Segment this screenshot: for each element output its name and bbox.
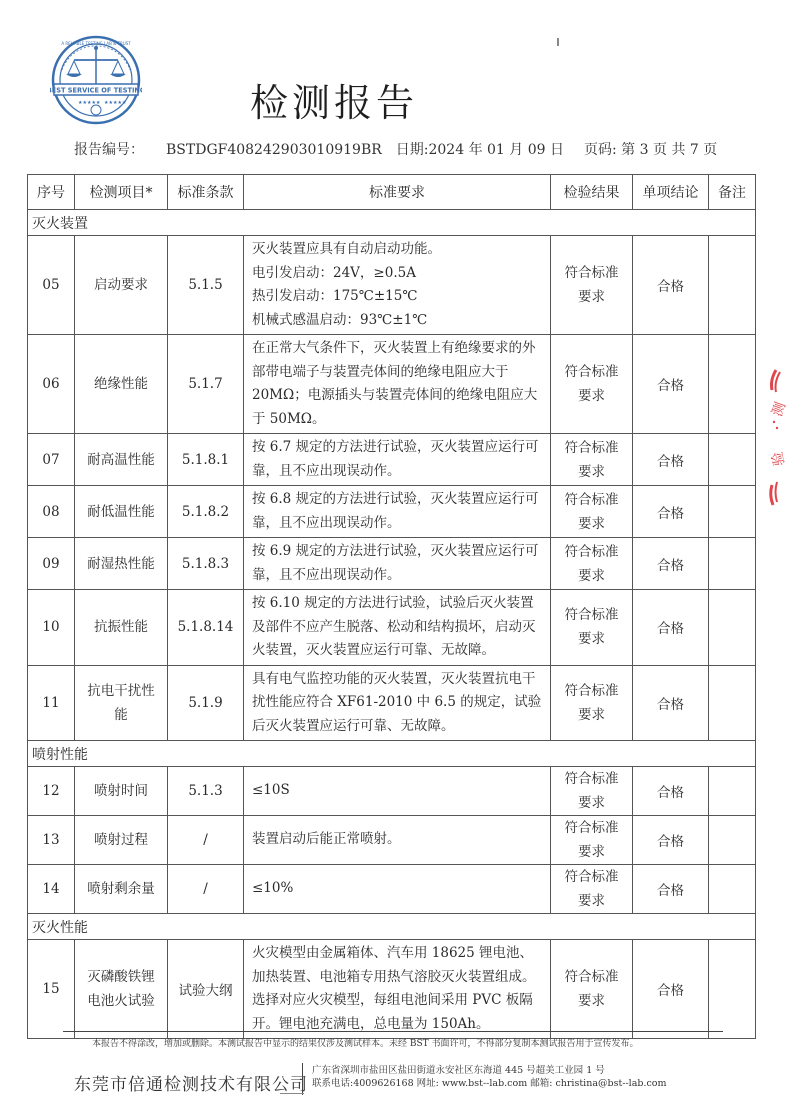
cell-clause: 5.1.8.14 xyxy=(168,590,244,666)
cell-conclusion: 合格 xyxy=(633,940,709,1039)
cell-no: 14 xyxy=(28,865,75,914)
requirement-line: ≤10S xyxy=(252,779,542,803)
cell-clause: 5.1.7 xyxy=(168,335,244,434)
section-title: 灭火性能 xyxy=(28,914,756,940)
cell-result: 符合标准要求 xyxy=(551,434,633,486)
table-row: 06绝缘性能5.1.7在正常大气条件下，灭火装置上有绝缘要求的外部带电端子与装置… xyxy=(28,335,756,434)
cell-result: 符合标准要求 xyxy=(551,590,633,666)
test-results-table: 序号 检测项目* 标准条款 标准要求 检验结果 单项结论 备注 灭火装置05启动… xyxy=(27,174,756,1039)
cell-no: 10 xyxy=(28,590,75,666)
result-line: 要求 xyxy=(551,889,632,913)
result-line: 要求 xyxy=(551,512,632,536)
result-line: 要求 xyxy=(551,791,632,815)
table-row: 08耐低温性能5.1.8.2按 6.8 规定的方法进行试验，灭火装置应运行可靠，… xyxy=(28,486,756,538)
requirement-line: 热引发启动：175℃±15℃ xyxy=(252,285,542,309)
cell-clause: / xyxy=(168,865,244,914)
table-header-row: 序号 检测项目* 标准条款 标准要求 检验结果 单项结论 备注 xyxy=(28,175,756,210)
cell-result: 符合标准要求 xyxy=(551,767,633,816)
company-address: 广东省深圳市盐田区盐田街道永安社区东海道 445 号超美工业园 1 号 xyxy=(312,1064,667,1077)
cell-conclusion: 合格 xyxy=(633,865,709,914)
cell-remark xyxy=(709,434,756,486)
cell-result: 符合标准要求 xyxy=(551,538,633,590)
header-conclusion: 单项结论 xyxy=(633,175,709,210)
cell-requirement: 具有电气监控功能的灭火装置，灭火装置抗电干扰性能应符合 XF61-2010 中 … xyxy=(244,665,551,741)
cell-conclusion: 合格 xyxy=(633,236,709,335)
cell-clause: 5.1.8.2 xyxy=(168,486,244,538)
result-line: 要求 xyxy=(551,285,632,309)
company-divider-tail xyxy=(280,1093,304,1094)
cell-no: 08 xyxy=(28,486,75,538)
table-row: 12喷射时间5.1.3≤10S符合标准要求合格 xyxy=(28,767,756,816)
result-line: 符合标准 xyxy=(551,965,632,989)
requirement-line: 灭火装置应具有自动启动功能。 xyxy=(252,238,542,262)
result-line: 符合标准 xyxy=(551,767,632,791)
report-no-label: 报告编号： xyxy=(74,139,144,159)
table-row: 15灭磷酸铁锂电池火试验试验大纲火灾模型由金属箱体、汽车用 18625 锂电池、… xyxy=(28,940,756,1039)
svg-text:★★★★★: ★★★★★ xyxy=(78,100,101,106)
cell-clause: 5.1.8.3 xyxy=(168,538,244,590)
result-line: 符合标准 xyxy=(551,679,632,703)
header-clause: 标准条款 xyxy=(168,175,244,210)
cell-conclusion: 合格 xyxy=(633,434,709,486)
cell-item: 抗电干扰性能 xyxy=(75,665,168,741)
cell-item: 耐低温性能 xyxy=(75,486,168,538)
cell-requirement: 装置启动后能正常喷射。 xyxy=(244,816,551,865)
svg-text:A RELIABLE TESTING LAB & TRUST: A RELIABLE TESTING LAB & TRUST xyxy=(61,41,131,46)
table-row: 10抗振性能5.1.8.14按 6.10 规定的方法进行试验，试验后灭火装置及部… xyxy=(28,590,756,666)
result-line: 符合标准 xyxy=(551,603,632,627)
result-line: 要求 xyxy=(551,384,632,408)
cell-no: 15 xyxy=(28,940,75,1039)
requirement-line: 机械式感温启动：93℃±1℃ xyxy=(252,309,542,333)
cell-remark xyxy=(709,335,756,434)
requirement-line: 按 6.10 规定的方法进行试验，试验后灭火装置及部件不应产生脱落、松动和结构损… xyxy=(252,592,542,663)
cell-clause: 5.1.5 xyxy=(168,236,244,335)
cell-no: 13 xyxy=(28,816,75,865)
cell-requirement: 在正常大气条件下，灭火装置上有绝缘要求的外部带电端子与装置壳体间的绝缘电阻应大于… xyxy=(244,335,551,434)
cell-remark xyxy=(709,538,756,590)
result-line: 要求 xyxy=(551,703,632,727)
table-row: 14喷射剩余量/≤10%符合标准要求合格 xyxy=(28,865,756,914)
requirement-line: 具有电气监控功能的灭火装置，灭火装置抗电干扰性能应符合 XF61-2010 中 … xyxy=(252,668,542,739)
header-requirement: 标准要求 xyxy=(244,175,551,210)
cell-conclusion: 合格 xyxy=(633,665,709,741)
result-line: 符合标准 xyxy=(551,540,632,564)
cell-clause: 5.1.9 xyxy=(168,665,244,741)
cell-conclusion: 合格 xyxy=(633,335,709,434)
cell-no: 11 xyxy=(28,665,75,741)
requirement-line: 按 6.9 规定的方法进行试验，灭火装置应运行可靠，且不应出现误动作。 xyxy=(252,540,542,587)
cell-remark xyxy=(709,236,756,335)
requirement-line: 在正常大气条件下，灭火装置上有绝缘要求的外部带电端子与装置壳体间的绝缘电阻应大于… xyxy=(252,337,542,431)
cell-requirement: 按 6.10 规定的方法进行试验，试验后灭火装置及部件不应产生脱落、松动和结构损… xyxy=(244,590,551,666)
result-line: 要求 xyxy=(551,564,632,588)
result-line: 要求 xyxy=(551,989,632,1013)
cell-item: 绝缘性能 xyxy=(75,335,168,434)
cell-result: 符合标准要求 xyxy=(551,816,633,865)
company-logo-seal: BEST SERVICE OF TESTING A RELIABLE TESTI… xyxy=(50,34,142,126)
report-meta: 报告编号：BSTDGF408242903010919BR日期:2024 年 01… xyxy=(74,139,717,159)
table-row: 11抗电干扰性能5.1.9具有电气监控功能的灭火装置，灭火装置抗电干扰性能应符合… xyxy=(28,665,756,741)
report-no: BSTDGF408242903010919BR xyxy=(166,142,382,158)
cell-conclusion: 合格 xyxy=(633,816,709,865)
requirement-line: 按 6.8 规定的方法进行试验，灭火装置应运行可靠，且不应出现误动作。 xyxy=(252,488,542,535)
table-row: 09耐湿热性能5.1.8.3按 6.9 规定的方法进行试验，灭火装置应运行可靠，… xyxy=(28,538,756,590)
footer-disclaimer: 本报告不得涂改，增加或删除。本测试报告中显示的结果仅涉及测试样本。未经 BST … xyxy=(92,1036,639,1049)
cell-requirement: 按 6.8 规定的方法进行试验，灭火装置应运行可靠，且不应出现误动作。 xyxy=(244,486,551,538)
footer-divider xyxy=(63,1031,723,1032)
company-divider xyxy=(302,1063,303,1095)
result-line: 符合标准 xyxy=(551,865,632,889)
header-remark: 备注 xyxy=(709,175,756,210)
header-result: 检验结果 xyxy=(551,175,633,210)
svg-text:BEST SERVICE OF TESTING: BEST SERVICE OF TESTING xyxy=(50,87,142,95)
svg-text:★★★★★: ★★★★★ xyxy=(104,100,127,106)
page-number: 页码: 第 3 页 共 7 页 xyxy=(584,139,717,159)
result-line: 符合标准 xyxy=(551,816,632,840)
cell-result: 符合标准要求 xyxy=(551,335,633,434)
section-title: 灭火装置 xyxy=(28,210,756,236)
cell-result: 符合标准要求 xyxy=(551,940,633,1039)
cell-item: 抗振性能 xyxy=(75,590,168,666)
cell-requirement: 按 6.9 规定的方法进行试验，灭火装置应运行可靠，且不应出现误动作。 xyxy=(244,538,551,590)
cell-clause: 试验大纲 xyxy=(168,940,244,1039)
cell-no: 07 xyxy=(28,434,75,486)
cell-conclusion: 合格 xyxy=(633,590,709,666)
cell-requirement: ≤10% xyxy=(244,865,551,914)
cell-item: 耐高温性能 xyxy=(75,434,168,486)
result-line: 符合标准 xyxy=(551,360,632,384)
section-row: 灭火装置 xyxy=(28,210,756,236)
table-row: 05启动要求5.1.5灭火装置应具有自动启动功能。电引发启动：24V，≥0.5A… xyxy=(28,236,756,335)
scales-of-justice-icon: BEST SERVICE OF TESTING A RELIABLE TESTI… xyxy=(50,34,142,126)
table-row: 13喷射过程/装置启动后能正常喷射。符合标准要求合格 xyxy=(28,816,756,865)
svg-text:测: 测 xyxy=(769,400,789,419)
cell-item: 启动要求 xyxy=(75,236,168,335)
company-contact: 广东省深圳市盐田区盐田街道永安社区东海道 445 号超美工业园 1 号 联系电话… xyxy=(312,1064,667,1090)
cell-no: 12 xyxy=(28,767,75,816)
requirement-line: ≤10% xyxy=(252,877,542,901)
requirement-line: 装置启动后能正常喷射。 xyxy=(252,828,542,852)
page-title: 检测报告 xyxy=(250,72,418,127)
cell-remark xyxy=(709,940,756,1039)
report-date: 日期:2024 年 01 月 09 日 xyxy=(396,139,564,159)
cell-result: 符合标准要求 xyxy=(551,865,633,914)
red-seal-stamp-fragment: 测 验 xyxy=(766,360,790,520)
cell-conclusion: 合格 xyxy=(633,538,709,590)
requirement-line: 按 6.7 规定的方法进行试验，灭火装置应运行可靠，且不应出现误动作。 xyxy=(252,436,542,483)
result-line: 符合标准 xyxy=(551,488,632,512)
scan-artifact xyxy=(557,38,559,46)
table-row: 07耐高温性能5.1.8.1按 6.7 规定的方法进行试验，灭火装置应运行可靠，… xyxy=(28,434,756,486)
header-item: 检测项目* xyxy=(75,175,168,210)
cell-remark xyxy=(709,486,756,538)
cell-conclusion: 合格 xyxy=(633,767,709,816)
cell-item: 喷射过程 xyxy=(75,816,168,865)
cell-requirement: 灭火装置应具有自动启动功能。电引发启动：24V，≥0.5A热引发启动：175℃±… xyxy=(244,236,551,335)
cell-requirement: 按 6.7 规定的方法进行试验，灭火装置应运行可靠，且不应出现误动作。 xyxy=(244,434,551,486)
section-title: 喷射性能 xyxy=(28,741,756,767)
cell-no: 06 xyxy=(28,335,75,434)
cell-item: 灭磷酸铁锂电池火试验 xyxy=(75,940,168,1039)
cell-result: 符合标准要求 xyxy=(551,486,633,538)
cell-no: 09 xyxy=(28,538,75,590)
cell-no: 05 xyxy=(28,236,75,335)
cell-remark xyxy=(709,865,756,914)
header-no: 序号 xyxy=(28,175,75,210)
cell-result: 符合标准要求 xyxy=(551,236,633,335)
svg-text:验: 验 xyxy=(770,451,788,468)
cell-result: 符合标准要求 xyxy=(551,665,633,741)
cell-remark xyxy=(709,816,756,865)
cell-remark xyxy=(709,665,756,741)
cell-requirement: 火灾模型由金属箱体、汽车用 18625 锂电池、加热装置、电池箱专用热气溶胶灭火… xyxy=(244,940,551,1039)
company-phone-web-email: 联系电话:4009626168 网址: www.bst--lab.com 邮箱:… xyxy=(312,1077,667,1090)
cell-clause: 5.1.8.1 xyxy=(168,434,244,486)
section-row: 灭火性能 xyxy=(28,914,756,940)
cell-item: 喷射剩余量 xyxy=(75,865,168,914)
requirement-line: 电引发启动：24V，≥0.5A xyxy=(252,262,542,286)
table-body: 灭火装置05启动要求5.1.5灭火装置应具有自动启动功能。电引发启动：24V，≥… xyxy=(28,210,756,1039)
requirement-line: 火灾模型由金属箱体、汽车用 18625 锂电池、加热装置、电池箱专用热气溶胶灭火… xyxy=(252,942,542,1036)
cell-conclusion: 合格 xyxy=(633,486,709,538)
cell-item: 喷射时间 xyxy=(75,767,168,816)
result-line: 符合标准 xyxy=(551,261,632,285)
cell-requirement: ≤10S xyxy=(244,767,551,816)
company-name: 东莞市倍通检测技术有限公司 xyxy=(74,1070,308,1095)
cell-item: 耐湿热性能 xyxy=(75,538,168,590)
cell-remark xyxy=(709,590,756,666)
cell-remark xyxy=(709,767,756,816)
section-row: 喷射性能 xyxy=(28,741,756,767)
cell-clause: / xyxy=(168,816,244,865)
result-line: 要求 xyxy=(551,840,632,864)
result-line: 符合标准 xyxy=(551,436,632,460)
result-line: 要求 xyxy=(551,627,632,651)
result-line: 要求 xyxy=(551,460,632,484)
cell-clause: 5.1.3 xyxy=(168,767,244,816)
